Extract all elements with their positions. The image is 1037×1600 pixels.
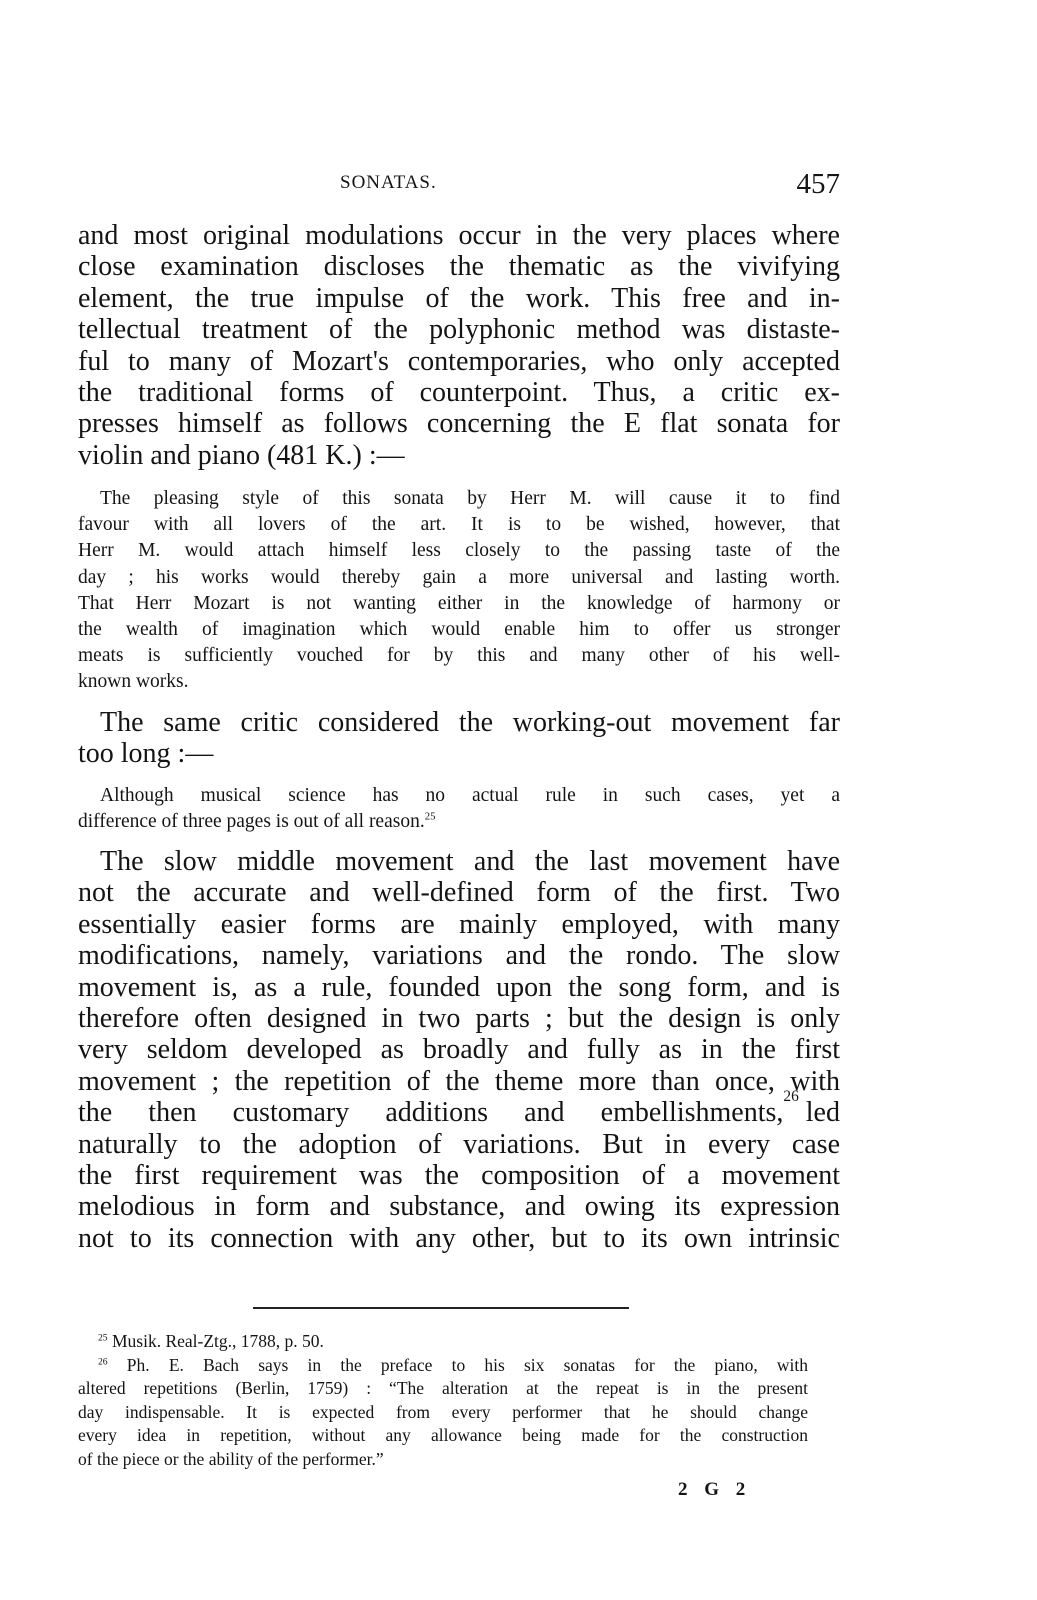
text-line: element, the true impulse of the work. T…: [78, 283, 840, 314]
text-line: close examination discloses the thematic…: [78, 251, 840, 282]
paragraph-3: The slow middle movement and the last mo…: [78, 846, 840, 1254]
page-number: 457: [797, 168, 841, 201]
footnotes: 25 Musik. Real-Ztg., 1788, p. 50. 26 Ph.…: [78, 1330, 808, 1472]
quote-line: The pleasing style of this sonata by Her…: [78, 486, 840, 512]
quote-line: difference of three pages is out of all …: [78, 809, 840, 835]
text-line: presses himself as follows concerning th…: [78, 408, 840, 439]
text-line: melodious in form and substance, and owi…: [78, 1191, 840, 1222]
text-line: modifications, namely, variations and th…: [78, 940, 840, 971]
quote-text: difference of three pages is out of all …: [78, 811, 425, 832]
footnote-text: Musik. Real-Ztg., 1788, p. 50.: [112, 1331, 324, 1351]
block-quote-1: The pleasing style of this sonata by Her…: [78, 486, 840, 696]
footnote-25: 25 Musik. Real-Ztg., 1788, p. 50.: [78, 1330, 808, 1354]
text-line: tellectual treatment of the polyphonic m…: [78, 314, 840, 345]
footnote-ref-25[interactable]: 25: [425, 811, 436, 823]
book-page: SONATAS. 457 and most original modulatio…: [0, 0, 1037, 1600]
text-line: violin and piano (481 K.) :—: [78, 440, 840, 471]
block-quote-2: Although musical science has no actual r…: [78, 783, 840, 835]
text-line: not to its connection with any other, bu…: [78, 1223, 840, 1254]
signature-mark: 2 G 2: [678, 1479, 751, 1501]
footnote-line: day indispensable. It is expected from e…: [78, 1401, 808, 1425]
text-line: naturally to the adoption of variations.…: [78, 1129, 840, 1160]
footnote-line: altered repetitions (Berlin, 1759) : “Th…: [78, 1377, 808, 1401]
text-line: the then customary additions and embelli…: [78, 1097, 840, 1128]
text-segment: led: [799, 1097, 840, 1128]
text-line: The slow middle movement and the last mo…: [78, 846, 840, 877]
text-line: the first requirement was the compositio…: [78, 1160, 840, 1191]
text-line: The same critic considered the working-o…: [78, 707, 840, 738]
paragraph-1: and most original modulations occur in t…: [78, 220, 840, 471]
text-line: movement ; the repetition of the theme m…: [78, 1066, 840, 1097]
quote-line: day ; his works would thereby gain a mor…: [78, 565, 840, 591]
running-head: SONATAS. 457: [78, 168, 840, 208]
quote-line: That Herr Mozart is not wanting either i…: [78, 591, 840, 617]
footnote-line: of the piece or the ability of the perfo…: [78, 1448, 808, 1472]
text-line: therefore often designed in two parts ; …: [78, 1003, 840, 1034]
footnote-text: Ph. E. Bach says in the preface to his s…: [127, 1355, 808, 1375]
footnote-line: every idea in repetition, without any al…: [78, 1424, 808, 1448]
quote-line: favour with all lovers of the art. It is…: [78, 512, 840, 538]
text-line: not the accurate and well-defined form o…: [78, 877, 840, 908]
footnote-number: 26: [98, 1356, 108, 1367]
text-line: too long :—: [78, 738, 840, 769]
footnote-divider: [253, 1307, 629, 1309]
text-line: very seldom developed as broadly and ful…: [78, 1034, 840, 1065]
quote-line: the wealth of imagination which would en…: [78, 617, 840, 643]
quote-line: known works.: [78, 669, 840, 695]
text-line: essentially easier forms are mainly empl…: [78, 909, 840, 940]
paragraph-2: The same critic considered the working-o…: [78, 707, 840, 770]
footnote-ref-26[interactable]: 26: [783, 1097, 798, 1128]
running-title: SONATAS.: [340, 172, 437, 194]
footnote-26: 26 Ph. E. Bach says in the preface to hi…: [78, 1354, 808, 1378]
quote-line: Herr M. would attach himself less closel…: [78, 538, 840, 564]
text-line: movement is, as a rule, founded upon the…: [78, 972, 840, 1003]
text-line: ful to many of Mozart's contemporaries, …: [78, 346, 840, 377]
text-line: the traditional forms of counterpoint. T…: [78, 377, 840, 408]
text-segment: the then customary additions and embelli…: [78, 1097, 783, 1128]
quote-line: Although musical science has no actual r…: [78, 783, 840, 809]
quote-line: meats is sufficiently vouched for by thi…: [78, 643, 840, 669]
footnote-number: 25: [98, 1332, 108, 1343]
text-line: and most original modulations occur in t…: [78, 220, 840, 251]
